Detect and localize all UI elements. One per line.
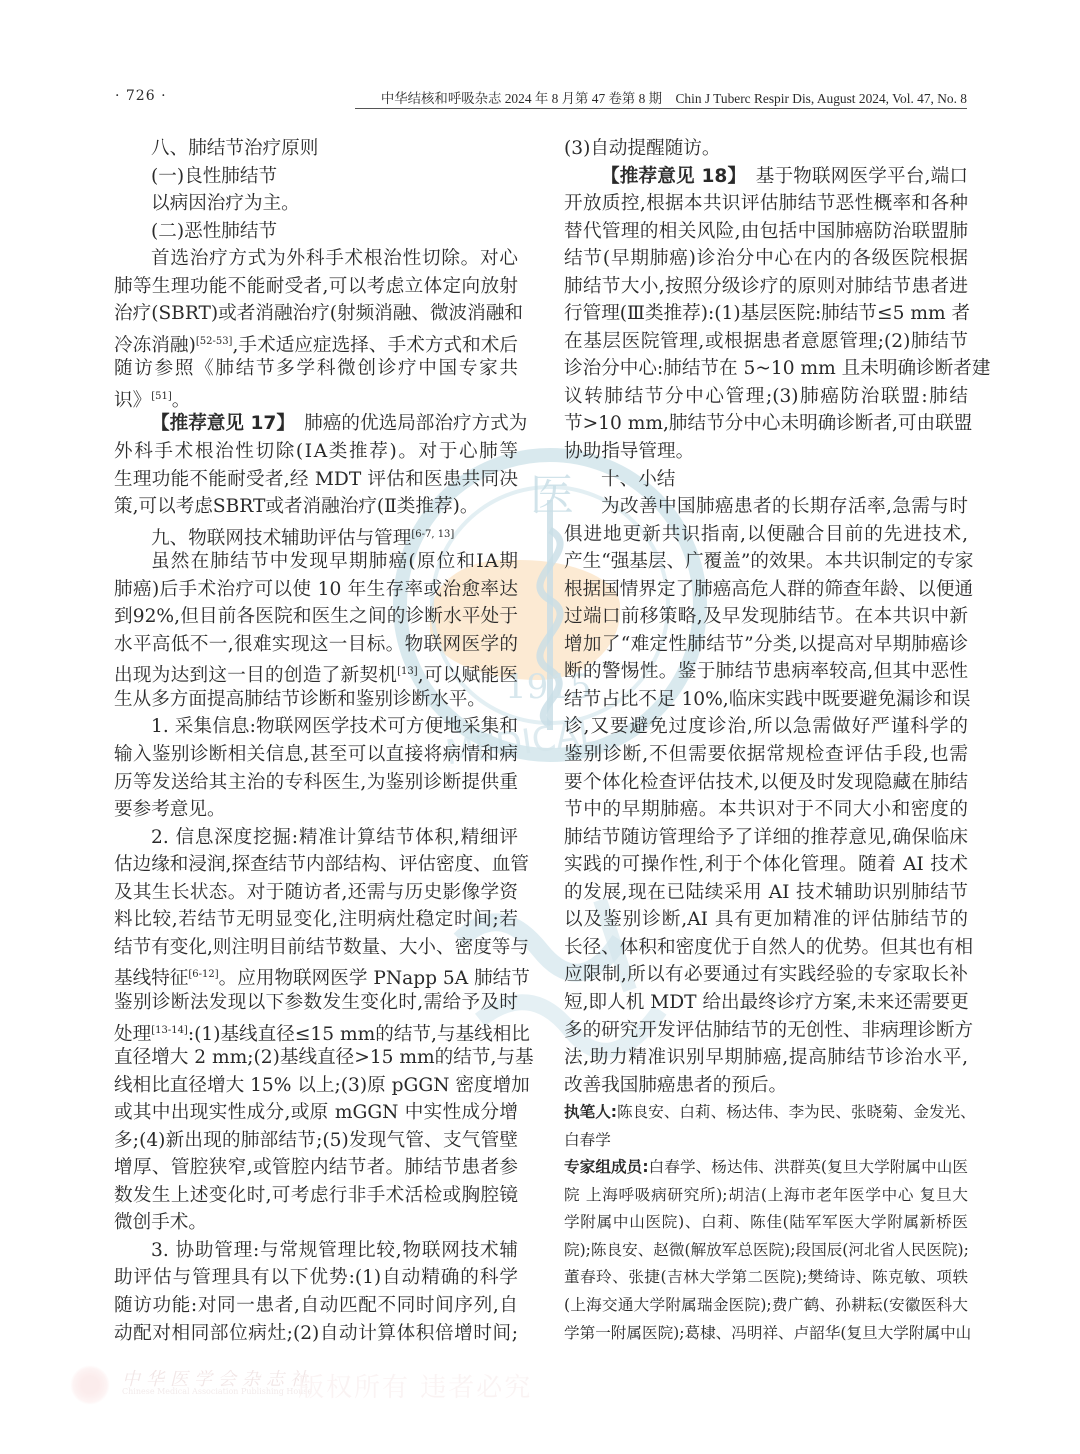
text-line: 九、物联网技术辅助评估与管理[6-7, 13]: [114, 521, 518, 549]
line-text: (3)自动提醒随访。: [564, 138, 721, 159]
left-column: 八、肺结节治疗原则(一)良性肺结节以病因治疗为主。(二)恶性肺结节首选治疗方式为…: [114, 135, 518, 1347]
text-line: 鉴别诊断法发现以下参数发生变化时,需给予及时: [114, 989, 518, 1017]
text-line: 协助指导管理。: [564, 438, 968, 466]
text-line: 料比较,若结节无明显变化,注明病灶稳定时间;若: [114, 906, 518, 934]
bold-label: 专家组成员:: [564, 1158, 649, 1176]
line-text: 多;(4)新出现的肺部结节;(5)发现气管、支气管壁: [114, 1130, 518, 1151]
line-text: 基线特征: [114, 968, 188, 989]
line-text: 九、物联网技术辅助评估与管理: [151, 528, 411, 549]
text-line: 虽然在肺结节中发现早期肺癌(原位和ⅠA期: [114, 548, 518, 576]
text-line: 策,可以考虑SBRT或者消融治疗(Ⅱ类推荐)。: [114, 493, 518, 521]
text-line: 基线特征[6-12]。应用物联网医学 PNapp 5A 肺结节: [114, 961, 518, 989]
line-text: 线相比直径增大 15% 以上;(3)原 pGGN 密度增加: [114, 1075, 530, 1096]
text-line: 生从多方面提高肺结节诊断和鉴别诊断水平。: [114, 686, 518, 714]
text-line: 学附属中山医院)、白莉、陈佳(陆军军医大学附属新桥医: [564, 1209, 968, 1237]
line-text: 结节有变化,则注明目前结节数量、大小、密度等与: [114, 937, 529, 958]
text-line: 长径、体积和密度优于自然人的优势。但其也有相: [564, 934, 968, 962]
text-line: 线相比直径增大 15% 以上;(3)原 pGGN 密度增加: [114, 1072, 518, 1100]
line-text: 或其中出现实性成分,或原 mGGN 中实性成分增: [114, 1102, 518, 1123]
line-text: 料比较,若结节无明显变化,注明病灶稳定时间;若: [114, 909, 518, 930]
text-line: 结节有变化,则注明目前结节数量、大小、密度等与: [114, 934, 518, 962]
line-text: 行管理(Ⅲ类推荐):(1)基层医院:肺结节≤5 mm 者: [564, 303, 970, 324]
line-text: (二)恶性肺结节: [151, 221, 277, 242]
text-line: 肺等生理功能不能耐受者,可以考虑立体定向放射: [114, 273, 518, 301]
line-text: 董春玲、张捷(吉林大学第二医院);樊绮诗、陈克敏、项轶: [564, 1268, 968, 1286]
text-line: 出现为达到这一目的创造了新契机[13],可以赋能医: [114, 658, 518, 686]
text-line: 3. 协助管理:与常规管理比较,物联网技术辅: [114, 1237, 518, 1265]
publisher-name-cn: 中华医学会杂志社: [122, 1365, 314, 1391]
line-text: 识》: [114, 390, 151, 411]
line-text: 治疗(SBRT)或者消融治疗(射频消融、微波消融和: [114, 303, 523, 324]
line-text: 长径、体积和密度优于自然人的优势。但其也有相: [564, 937, 973, 958]
line-text: 产生“强基层、广覆盖”的效果。本共识制定的专家: [564, 551, 973, 572]
text-line: 在基层医院管理,或根据患者意愿管理;(2)肺结节: [564, 328, 968, 356]
line-text: 及其生长状态。对于随访者,还需与历史影像学资: [114, 882, 518, 903]
line-text: 的发展,现在已陆续采用 AI 技术辅助识别肺结节: [564, 882, 968, 903]
header-rule: [355, 108, 967, 109]
line-text: 出现为达到这一目的创造了新契机: [114, 665, 397, 686]
text-line: 结节占比不足 10%,临床实践中既要避免漏诊和误: [564, 686, 968, 714]
text-line: 处理[13-14]:(1)基线直径≤15 mm的结节,与基线相比: [114, 1017, 518, 1045]
text-line: 院 上海呼吸病研究所);胡洁(上海市老年医学中心 复旦大: [564, 1182, 968, 1210]
citation-ref: [6-7, 13]: [411, 529, 454, 540]
line-text: ,手术适应症选择、手术方式和术后: [232, 335, 518, 356]
line-text: 外科手术根治性切除(ⅠA类推荐)。对于心肺等: [114, 441, 518, 462]
text-line: 冷冻消融)[52-53],手术适应症选择、手术方式和术后: [114, 328, 518, 356]
text-line: 十、小结: [564, 466, 968, 494]
copyright-notice: 版权所有 违者必究: [298, 1367, 532, 1404]
line-text: 首选治疗方式为外科手术根治性切除。对心: [151, 248, 518, 269]
line-text: ,可以赋能医: [418, 665, 518, 686]
text-line: 节>10 mm,肺结节分中心未明确诊断者,可由联盟: [564, 410, 968, 438]
line-text: 鉴别诊断法发现以下参数发生变化时,需给予及时: [114, 992, 518, 1013]
line-text: 以及鉴别诊断,AI 具有更加精准的评估肺结节的: [564, 909, 968, 930]
line-text: 实践的可操作性,利于个体化管理。随着 AI 技术: [564, 854, 968, 875]
line-text: 鉴别诊断,不但需要依据常规检查评估手段,也需: [564, 744, 968, 765]
text-line: 议转肺结节分中心管理;(3)肺癌防治联盟:肺结: [564, 383, 968, 411]
line-text: (上海交通大学附属瑞金医院);费广鹤、孙耕耘(安徽医科大: [564, 1296, 968, 1314]
line-text: 增厚、管腔狭窄,或管腔内结节者。肺结节患者参: [114, 1157, 518, 1178]
line-text: 处理: [114, 1024, 151, 1045]
bold-label: 【推荐意见 17】: [151, 413, 286, 434]
text-line: 增厚、管腔狭窄,或管腔内结节者。肺结节患者参: [114, 1154, 518, 1182]
bold-label: 【推荐意见 18】: [601, 166, 737, 187]
line-text: 随访功能:对同一患者,自动匹配不同时间序列,自: [114, 1295, 518, 1316]
text-line: 院);陈良安、赵微(解放军总医院);段国辰(河北省人民医院);: [564, 1237, 968, 1265]
text-line: (3)自动提醒随访。: [564, 135, 968, 163]
line-text: 随访参照《肺结节多学科微创诊疗中国专家共: [114, 358, 518, 379]
citation-ref: [52-53]: [196, 336, 233, 347]
line-text: 为改善中国肺癌患者的长期存活率,急需与时: [601, 496, 968, 517]
line-text: 生理功能不能耐受者,经 MDT 评估和医患共同决: [114, 469, 518, 490]
text-line: 随访参照《肺结节多学科微创诊疗中国专家共: [114, 355, 518, 383]
running-header: · 726 · 中华结核和呼吸杂志 2024 年 8 月第 47 卷第 8 期 …: [115, 86, 967, 110]
publisher-name-en: Chinese Medical Association Publishing H…: [122, 1387, 312, 1396]
line-text: 八、肺结节治疗原则: [151, 138, 318, 159]
text-line: 多;(4)新出现的肺部结节;(5)发现气管、支气管壁: [114, 1127, 518, 1155]
text-line: 诊治分中心:肺结节在 5~10 mm 且未明确诊断者建: [564, 355, 968, 383]
text-line: 水平高低不一,很难实现这一目标。物联网医学的: [114, 631, 518, 659]
text-line: 产生“强基层、广覆盖”的效果。本共识制定的专家: [564, 548, 968, 576]
text-line: 助评估与管理具有以下优势:(1)自动精确的科学: [114, 1264, 518, 1292]
text-line: 直径增大 2 mm;(2)基线直径>15 mm的结节,与基: [114, 1044, 518, 1072]
text-line: (上海交通大学附属瑞金医院);费广鹤、孙耕耘(安徽医科大: [564, 1292, 968, 1320]
line-text: 肺癌的优选局部治疗方式为: [286, 413, 528, 434]
publisher-logo-icon: [70, 1365, 110, 1405]
line-text: 肺结节随访管理给予了详细的推荐意见,确保临床: [564, 827, 968, 848]
line-text: 微创手术。: [114, 1212, 207, 1233]
citation-ref: [51]: [151, 391, 172, 402]
text-line: 的发展,现在已陆续采用 AI 技术辅助识别肺结节: [564, 879, 968, 907]
text-line: 根据国情界定了肺癌高危人群的筛查年龄、以便通: [564, 576, 968, 604]
line-text: 增加了“难定性肺结节”分类,以提高对早期肺癌诊: [564, 634, 968, 655]
line-text: 。应用物联网医学 PNapp 5A 肺结节: [219, 968, 530, 989]
line-text: 多的研究开发评估肺结节的无创性、非病理诊断方: [564, 1020, 973, 1041]
citation-ref: [6-12]: [188, 969, 218, 980]
line-text: 动配对相同部位病灶;(2)自动计算体积倍增时间;: [114, 1323, 518, 1344]
text-line: (二)恶性肺结节: [114, 218, 518, 246]
text-line: 微创手术。: [114, 1209, 518, 1237]
line-text: :(1)基线直径≤15 mm的结节,与基线相比: [188, 1024, 530, 1045]
text-line: 执笔人:陈良安、白莉、杨达伟、李为民、张晓菊、金发光、: [564, 1099, 968, 1127]
line-text: 3. 协助管理:与常规管理比较,物联网技术辅: [151, 1240, 518, 1261]
text-line: 数发生上述变化时,可考虑行非手术活检或胸腔镜: [114, 1182, 518, 1210]
text-line: 要个体化检查评估技术,以便及时发现隐藏在肺结: [564, 769, 968, 797]
text-line: 动配对相同部位病灶;(2)自动计算体积倍增时间;: [114, 1320, 518, 1348]
text-line: 开放质控,根据本共识评估肺结节恶性概率和各种: [564, 190, 968, 218]
text-line: 识》[51]。: [114, 383, 518, 411]
line-text: 白春学、杨达伟、洪群英(复旦大学附属中山医: [649, 1158, 968, 1176]
line-text: 直径增大 2 mm;(2)基线直径>15 mm的结节,与基: [114, 1047, 534, 1068]
text-line: 替代管理的相关风险,由包括中国肺癌防治联盟肺: [564, 218, 968, 246]
line-text: 以病因治疗为主。: [151, 193, 300, 214]
line-text: 断的警惕性。鉴于肺结节患病率较高,但其中恶性: [564, 661, 968, 682]
text-line: 改善我国肺癌患者的预后。: [564, 1072, 968, 1100]
journal-citation: 中华结核和呼吸杂志 2024 年 8 月第 47 卷第 8 期 Chin J T…: [381, 88, 967, 107]
bold-label: 执笔人:: [564, 1103, 617, 1121]
text-line: 实践的可操作性,利于个体化管理。随着 AI 技术: [564, 851, 968, 879]
line-text: 助评估与管理具有以下优势:(1)自动精确的科学: [114, 1267, 518, 1288]
line-text: 替代管理的相关风险,由包括中国肺癌防治联盟肺: [564, 221, 968, 242]
text-line: 到92%,但目前各医院和医生之间的诊断水平处于: [114, 603, 518, 631]
text-line: 董春玲、张捷(吉林大学第二医院);樊绮诗、陈克敏、项轶: [564, 1264, 968, 1292]
text-line: 增加了“难定性肺结节”分类,以提高对早期肺癌诊: [564, 631, 968, 659]
line-text: 要参考意见。: [114, 799, 226, 820]
line-text: 法,助力精准识别早期肺癌,提高肺结节诊治水平,: [564, 1047, 968, 1068]
line-text: 诊治分中心:肺结节在 5~10 mm 且未明确诊断者建: [564, 358, 990, 379]
text-line: 结节(早期肺癌)诊治分中心在内的各级医院根据: [564, 245, 968, 273]
text-line: 短,即人机 MDT 给出最终诊疗方案,未来还需要更: [564, 989, 968, 1017]
text-line: 首选治疗方式为外科手术根治性切除。对心: [114, 245, 518, 273]
line-text: 肺等生理功能不能耐受者,可以考虑立体定向放射: [114, 276, 518, 297]
text-line: 应限制,所以有必要通过有实践经验的专家取长补: [564, 961, 968, 989]
text-line: 俱进地更新共识指南,以便融合目前的先进技术,: [564, 521, 968, 549]
text-line: 要参考意见。: [114, 796, 518, 824]
line-text: 节>10 mm,肺结节分中心未明确诊断者,可由联盟: [564, 413, 972, 434]
line-text: 院 上海呼吸病研究所);胡洁(上海市老年医学中心 复旦大: [564, 1186, 968, 1204]
line-text: 策,可以考虑SBRT或者消融治疗(Ⅱ类推荐)。: [114, 496, 478, 517]
line-text: 议转肺结节分中心管理;(3)肺癌防治联盟:肺结: [564, 386, 968, 407]
line-text: 结节占比不足 10%,临床实践中既要避免漏诊和误: [564, 689, 970, 710]
line-text: 协助指导管理。: [564, 441, 694, 462]
text-line: 【推荐意见 18】 基于物联网医学平台,端口: [564, 163, 968, 191]
line-text: (一)良性肺结节: [151, 166, 277, 187]
line-text: 俱进地更新共识指南,以便融合目前的先进技术,: [564, 524, 968, 545]
text-line: 八、肺结节治疗原则: [114, 135, 518, 163]
text-line: 或其中出现实性成分,或原 mGGN 中实性成分增: [114, 1099, 518, 1127]
line-text: 十、小结: [601, 469, 675, 490]
text-line: 生理功能不能耐受者,经 MDT 评估和医患共同决: [114, 466, 518, 494]
text-line: 节中的早期肺癌。本共识对于不同大小和密度的: [564, 796, 968, 824]
line-text: 在基层医院管理,或根据患者意愿管理;(2)肺结节: [564, 331, 968, 352]
text-line: 学第一附属医院);葛棣、冯明祥、卢韶华(复旦大学附属中山: [564, 1320, 968, 1348]
line-text: 过端口前移策略,及早发现肺结节。在本共识中新: [564, 606, 968, 627]
line-text: 2. 信息深度挖掘:精准计算结节体积,精细评: [151, 827, 518, 848]
line-text: 节中的早期肺癌。本共识对于不同大小和密度的: [564, 799, 968, 820]
line-text: 历等发送给其主治的专科医生,为鉴别诊断提供重: [114, 772, 518, 793]
text-line: (一)良性肺结节: [114, 163, 518, 191]
text-line: 为改善中国肺癌患者的长期存活率,急需与时: [564, 493, 968, 521]
text-line: 白春学: [564, 1127, 968, 1155]
line-text: 结节(早期肺癌)诊治分中心在内的各级医院根据: [564, 248, 968, 269]
line-text: 诊,又要避免过度诊治,所以急需做好严谨科学的: [564, 716, 968, 737]
line-text: 到92%,但目前各医院和医生之间的诊断水平处于: [114, 606, 518, 627]
line-text: 。: [172, 390, 191, 411]
line-text: 改善我国肺癌患者的预后。: [564, 1075, 787, 1096]
line-text: 水平高低不一,很难实现这一目标。物联网医学的: [114, 634, 518, 655]
line-text: 院);陈良安、赵微(解放军总医院);段国辰(河北省人民医院);: [564, 1241, 969, 1259]
text-line: 输入鉴别诊断相关信息,甚至可以直接将病情和病: [114, 741, 518, 769]
text-line: 历等发送给其主治的专科医生,为鉴别诊断提供重: [114, 769, 518, 797]
text-line: 断的警惕性。鉴于肺结节患病率较高,但其中恶性: [564, 658, 968, 686]
line-text: 冷冻消融): [114, 335, 196, 356]
text-line: 估边缘和浸润,探查结节内部结构、评估密度、血管: [114, 851, 518, 879]
line-text: 开放质控,根据本共识评估肺结节恶性概率和各种: [564, 193, 968, 214]
line-text: 学附属中山医院)、白莉、陈佳(陆军军医大学附属新桥医: [564, 1213, 968, 1231]
line-text: 应限制,所以有必要通过有实践经验的专家取长补: [564, 964, 968, 985]
publisher-watermark: 中华医学会杂志社 Chinese Medical Association Pub…: [70, 1365, 590, 1405]
text-line: 随访功能:对同一患者,自动匹配不同时间序列,自: [114, 1292, 518, 1320]
line-text: 陈良安、白莉、杨达伟、李为民、张晓菊、金发光、: [617, 1103, 976, 1121]
line-text: 虽然在肺结节中发现早期肺癌(原位和ⅠA期: [151, 551, 518, 572]
text-line: 以及鉴别诊断,AI 具有更加精准的评估肺结节的: [564, 906, 968, 934]
text-line: 肺癌)后手术治疗可以使 10 年生存率或治愈率达: [114, 576, 518, 604]
citation-ref: [13]: [397, 666, 418, 677]
text-line: 专家组成员:白春学、杨达伟、洪群英(复旦大学附属中山医: [564, 1154, 968, 1182]
text-line: 行管理(Ⅲ类推荐):(1)基层医院:肺结节≤5 mm 者: [564, 300, 968, 328]
line-text: 估边缘和浸润,探查结节内部结构、评估密度、血管: [114, 854, 529, 875]
line-text: 根据国情界定了肺癌高危人群的筛查年龄、以便通: [564, 579, 973, 600]
text-line: 鉴别诊断,不但需要依据常规检查评估手段,也需: [564, 741, 968, 769]
text-line: 治疗(SBRT)或者消融治疗(射频消融、微波消融和: [114, 300, 518, 328]
line-text: 白春学: [564, 1131, 611, 1149]
text-line: 外科手术根治性切除(ⅠA类推荐)。对于心肺等: [114, 438, 518, 466]
line-text: 生从多方面提高肺结节诊断和鉴别诊断水平。: [114, 689, 486, 710]
line-text: 数发生上述变化时,可考虑行非手术活检或胸腔镜: [114, 1185, 518, 1206]
text-line: 2. 信息深度挖掘:精准计算结节体积,精细评: [114, 824, 518, 852]
text-line: 多的研究开发评估肺结节的无创性、非病理诊断方: [564, 1017, 968, 1045]
line-text: 肺癌)后手术治疗可以使 10 年生存率或治愈率达: [114, 579, 518, 600]
text-line: 法,助力精准识别早期肺癌,提高肺结节诊治水平,: [564, 1044, 968, 1072]
text-line: 【推荐意见 17】 肺癌的优选局部治疗方式为: [114, 410, 518, 438]
line-text: 肺结节大小,按照分级诊疗的原则对肺结节患者进: [564, 276, 968, 297]
text-line: 及其生长状态。对于随访者,还需与历史影像学资: [114, 879, 518, 907]
text-line: 1. 采集信息:物联网医学技术可方便地采集和: [114, 713, 518, 741]
text-line: 肺结节大小,按照分级诊疗的原则对肺结节患者进: [564, 273, 968, 301]
citation-ref: [13-14]: [151, 1025, 188, 1036]
text-line: 诊,又要避免过度诊治,所以急需做好严谨科学的: [564, 713, 968, 741]
page-number: · 726 ·: [115, 88, 167, 104]
line-text: 输入鉴别诊断相关信息,甚至可以直接将病情和病: [114, 744, 518, 765]
line-text: 要个体化检查评估技术,以便及时发现隐藏在肺结: [564, 772, 968, 793]
text-line: 过端口前移策略,及早发现肺结节。在本共识中新: [564, 603, 968, 631]
text-line: 肺结节随访管理给予了详细的推荐意见,确保临床: [564, 824, 968, 852]
line-text: 学第一附属医院);葛棣、冯明祥、卢韶华(复旦大学附属中山: [564, 1324, 971, 1342]
line-text: 基于物联网医学平台,端口: [737, 166, 968, 187]
line-text: 短,即人机 MDT 给出最终诊疗方案,未来还需要更: [564, 992, 969, 1013]
line-text: 1. 采集信息:物联网医学技术可方便地采集和: [151, 716, 518, 737]
text-line: 以病因治疗为主。: [114, 190, 518, 218]
right-column: (3)自动提醒随访。【推荐意见 18】 基于物联网医学平台,端口开放质控,根据本…: [564, 135, 968, 1347]
